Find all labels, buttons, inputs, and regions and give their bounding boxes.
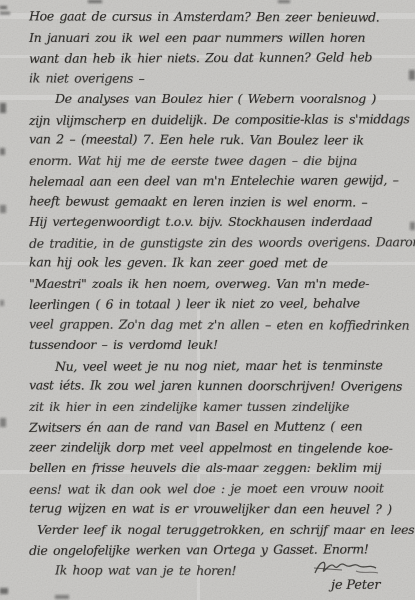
handwriting-line: enorm. Wat hij me de eerste twee dagen –… — [29, 151, 415, 172]
handwriting-line: eens! wat ik dan ook wel doe : je moet e… — [29, 478, 415, 500]
signature-name: je Peter — [331, 578, 380, 593]
handwriting-line: Hoe gaat de cursus in Amsterdam? Ben zee… — [29, 6, 415, 28]
handwriting-line: vast iéts. Ik zou wel jaren kunnen doors… — [29, 375, 415, 397]
handwriting-line: Zwitsers én aan de rand van Basel en Mut… — [29, 416, 415, 438]
handwriting-line: leerlingen ( 6 in totaal ) leer ik niet … — [29, 293, 415, 315]
handwriting-line: "Maestri" zoals ik hen noem, overweg. Va… — [29, 274, 415, 295]
handwriting-line: helemaal aan een deel van m'n Entelechie… — [29, 170, 415, 192]
letter-page: Hoe gaat de cursus in Amsterdam? Ben zee… — [0, 0, 415, 600]
handwriting-line: zit ik hier in een zindelijke kamer tuss… — [29, 397, 415, 418]
handwriting-line: veel grappen. Zo'n dag met z'n allen – e… — [29, 314, 415, 336]
handwriting-line: want dan heb ik hier niets. Zou dat kunn… — [29, 47, 415, 69]
handwriting-line: bellen en frisse heuvels die als-maar ze… — [29, 458, 415, 479]
handwriting-line: terug wijzen en wat is er vrouwelijker d… — [29, 498, 415, 520]
handwriting-line: Nu, veel weet je nu nog niet, maar het i… — [55, 355, 415, 377]
handwriting-line: kan hij ook les geven. Ik kan zeer goed … — [29, 252, 415, 274]
handwriting-line: De analyses van Boulez hier ( Webern voo… — [55, 89, 415, 110]
handwriting-line: van 2 – (meestal) 7. Een hele ruk. Van B… — [29, 129, 415, 151]
handwriting-line: ik niet overigens – — [29, 68, 415, 90]
handwriting-line: Hij vertegenwoordigt t.o.v. bijv. Stockh… — [29, 212, 415, 233]
handwriting-line: zijn vlijmscherp en duidelijk. De compos… — [29, 109, 415, 131]
handwriting-line: In januari zou ik wel een paar nummers w… — [29, 28, 415, 49]
handwriting-line: Verder leef ik nogal teruggetrokken, en … — [37, 520, 415, 541]
handwriting-line: zeer zindelijk dorp met veel appelmost e… — [29, 437, 415, 459]
handwriting-line: tussendoor – is verdomd leuk! — [29, 335, 415, 356]
handwriting-line: de traditie, in de gunstigste zin des wo… — [29, 232, 415, 254]
handwriting-line: heeft bewust gemaakt en leren inzien is … — [29, 191, 415, 213]
letter-body: Hoe gaat de cursus in Amsterdam? Ben zee… — [0, 7, 415, 581]
